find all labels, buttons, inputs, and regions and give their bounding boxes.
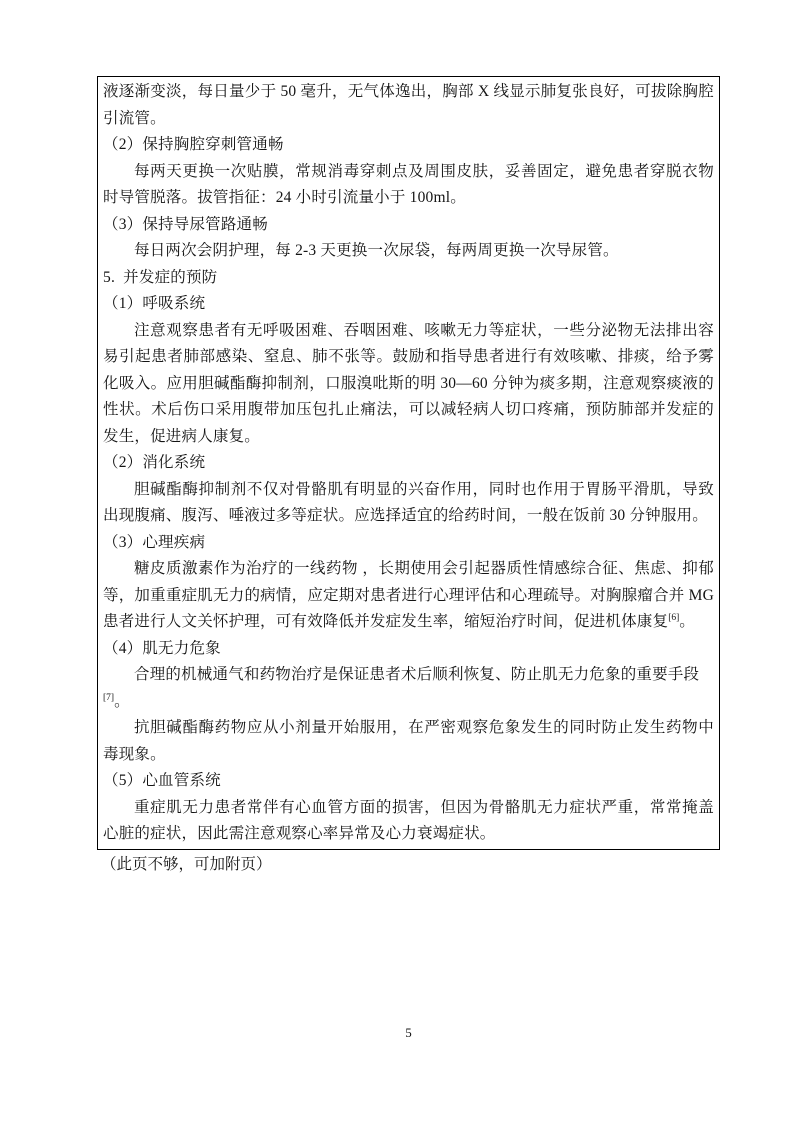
paragraph: 胆碱酯酶抑制剂不仅对骨骼肌有明显的兴奋作用，同时也作用于胃肠平滑肌，导致出现腹痛… [103,477,714,530]
paragraph: 重症肌无力患者常伴有心血管方面的损害，但因为骨骼肌无力症状严重，常常掩盖心脏的症… [103,795,714,848]
document-page: 液逐渐变淡，每日量少于 50 毫升，无气体逸出，胸部 X 线显示肺复张良好，可拔… [0,0,793,1122]
paragraph: 合理的机械通气和药物治疗是保证患者术后顺利恢复、防止肌无力危象的重要手段[7]。 [103,662,714,715]
paragraph: （3）保持导尿管路通畅 [103,212,714,239]
citation-ref: [6] [668,613,679,623]
paragraph: 每两天更换一次贴膜，常规消毒穿刺点及周围皮肤，妥善固定，避免患者穿脱衣物时导管脱… [103,159,714,212]
paragraph: （2）保持胸腔穿刺管通畅 [103,132,714,159]
paragraph: 抗胆碱酯酶药物应从小剂量开始服用，在严密观察危象发生的同时防止发生药物中毒现象。 [103,715,714,768]
page-footer-note: （此页不够，可加附页） [101,853,272,877]
form-content-cell: 液逐渐变淡，每日量少于 50 毫升，无气体逸出，胸部 X 线显示肺复张良好，可拔… [97,76,720,850]
paragraph: 糖皮质激素作为治疗的一线药物 ，长期使用会引起器质性情感综合征、焦虑、抑郁等，加… [103,556,714,636]
paragraph: 注意观察患者有无呼吸困难、吞咽困难、咳嗽无力等症状，一些分泌物无法排出容易引起患… [103,318,714,451]
paragraph: 液逐渐变淡，每日量少于 50 毫升，无气体逸出，胸部 X 线显示肺复张良好，可拔… [103,79,714,132]
paragraph: （4）肌无力危象 [103,636,714,663]
citation-ref: [7] [103,692,114,702]
paragraph: （1）呼吸系统 [103,291,714,318]
paragraph: （5）心血管系统 [103,768,714,795]
paragraph: （2）消化系统 [103,450,714,477]
paragraph: 每日两次会阴护理，每 2-3 天更换一次尿袋，每两周更换一次导尿管。 [103,238,714,265]
paragraph: （3）心理疾病 [103,530,714,557]
page-number: 5 [97,1025,720,1041]
paragraph: 5. 并发症的预防 [103,265,714,292]
